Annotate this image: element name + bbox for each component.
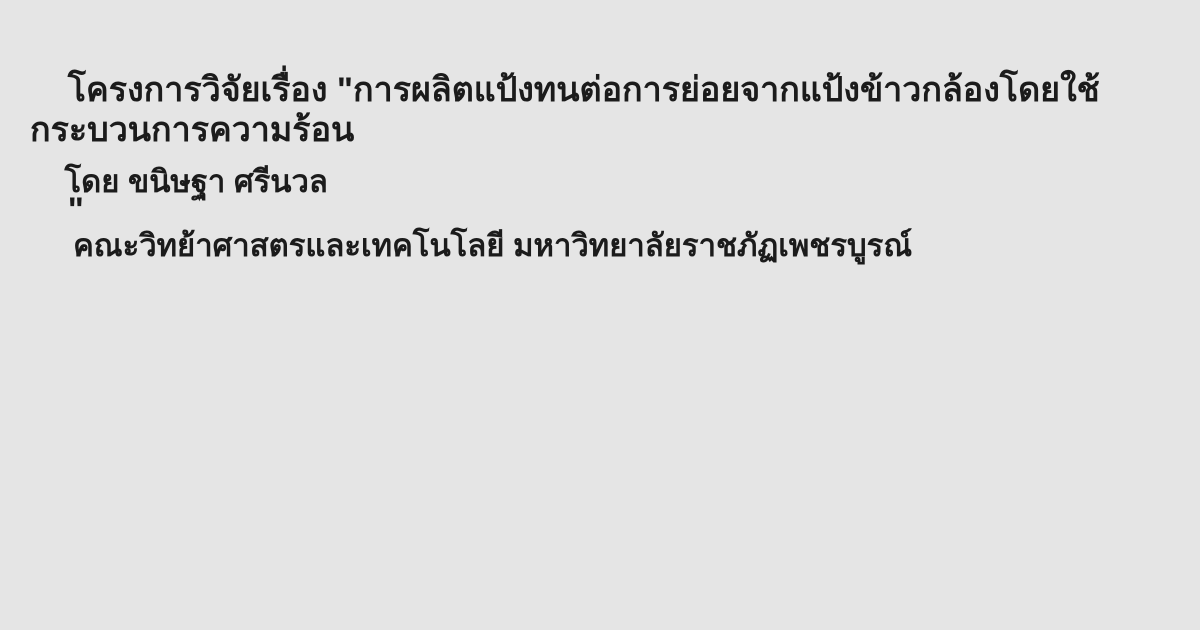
affiliation-line: คณะวิทย้าศาสตรและเทคโนโลยี มหาวิทยาลัยรา… — [64, 228, 912, 263]
title-card: โครงการวิจัยเรื่อง "การผลิตแป้งทนต่อการย… — [0, 0, 1200, 630]
author-by-line: โดย ขนิษฐา ศรีนวล — [64, 164, 327, 199]
author-info: โดย ขนิษฐา ศรีนวล คณะวิทย้าศาสตรและเทคโน… — [30, 134, 1180, 294]
